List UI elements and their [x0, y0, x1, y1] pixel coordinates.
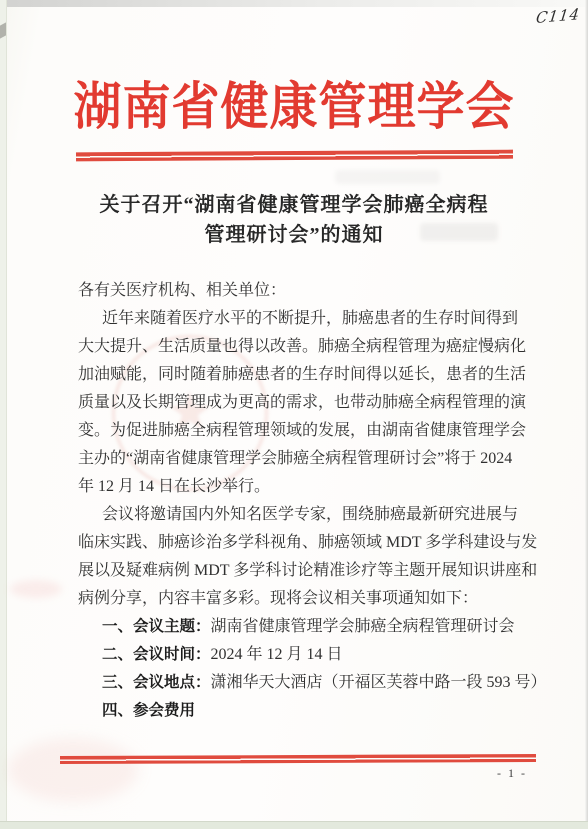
salutation: 各有关医疗机构、相关单位： — [78, 277, 518, 305]
body-line: 病例分享，内容丰富多彩。现将会议相关事项通知如下： — [78, 585, 518, 613]
list-item-label: 一、会议主题： — [102, 618, 211, 635]
paper-edge-bottom — [0, 821, 588, 829]
paper-edge-top — [0, 0, 588, 7]
body-line: 加油赋能，同时随着肺癌患者的生存时间得以延长，患者的生活 — [78, 361, 518, 389]
list-item-topic: 一、会议主题：湖南省健康管理学会肺癌全病程管理研讨会 — [78, 613, 518, 641]
list-item-content: 2024 年 12 月 14 日 — [211, 646, 343, 663]
ink-bleedthrough-smudge — [8, 738, 138, 802]
list-item-label: 三、会议地点： — [102, 674, 211, 691]
body-line: 主办的“湖南省健康管理学会肺癌全病程管理研讨会”将于 2024 — [78, 445, 518, 473]
document-title-line-1: 关于召开“湖南省健康管理学会肺癌全病程 — [100, 194, 489, 216]
page-number: - 1 - — [497, 766, 527, 781]
document-title: 关于召开“湖南省健康管理学会肺癌全病程 管理研讨会”的通知 — [0, 190, 588, 250]
list-item-fee: 四、参会费用 — [78, 697, 518, 725]
body-line: 近年来随着医疗水平的不断提升，肺癌患者的生存时间得到 — [78, 305, 518, 333]
handwritten-mark: C114 — [535, 5, 581, 27]
list-item-time: 二、会议时间：2024 年 12 月 14 日 — [78, 641, 518, 669]
list-item-label: 二、会议时间： — [102, 646, 211, 663]
footer-divider-line — [60, 754, 536, 764]
body-line: 展以及疑难病例 MDT 多学科讨论精准诊疗等主题开展知识讲座和 — [78, 557, 518, 585]
body-line: 质量以及长期管理成为更高的需求，也带动肺癌全病程管理的演 — [78, 389, 518, 417]
body-line: 临床实践、肺癌诊治多学科视角、肺癌领域 MDT 多学科建设与发 — [78, 529, 518, 557]
list-item-content: 湖南省健康管理学会肺癌全病程管理研讨会 — [211, 618, 515, 635]
document-title-line-2: 管理研讨会”的通知 — [205, 224, 384, 246]
body-line: 变。为促进肺癌全病程管理领域的发展，由湖南省健康管理学会 — [78, 417, 518, 445]
letterhead-org-name: 湖南省健康管理学会 — [0, 66, 588, 139]
list-item-label: 四、参会费用 — [102, 702, 195, 719]
list-item-content: 潇湘华天大酒店（开福区芙蓉中路一段 593 号） — [211, 674, 547, 691]
letterhead-divider-line — [76, 150, 513, 162]
list-item-venue: 三、会议地点：潇湘华天大酒店（开福区芙蓉中路一段 593 号） — [78, 669, 518, 697]
ink-bleedthrough-smudge — [420, 223, 498, 241]
body-line: 大大提升、生活质量也得以改善。肺癌全病程管理为癌症慢病化 — [78, 333, 518, 361]
notice-body: 各有关医疗机构、相关单位： 近年来随着医疗水平的不断提升，肺癌患者的生存时间得到… — [78, 277, 518, 725]
scanned-notice-page: C114 湖南省健康管理学会 关于召开“湖南省健康管理学会肺癌全病程 管理研讨会… — [0, 0, 588, 829]
ink-bleedthrough-smudge — [335, 170, 440, 184]
body-line: 会议将邀请国内外知名医学专家，围绕肺癌最新研究进展与 — [78, 501, 518, 529]
body-line: 年 12 月 14 日在长沙举行。 — [78, 473, 518, 501]
ink-bleedthrough-smudge — [10, 580, 62, 598]
